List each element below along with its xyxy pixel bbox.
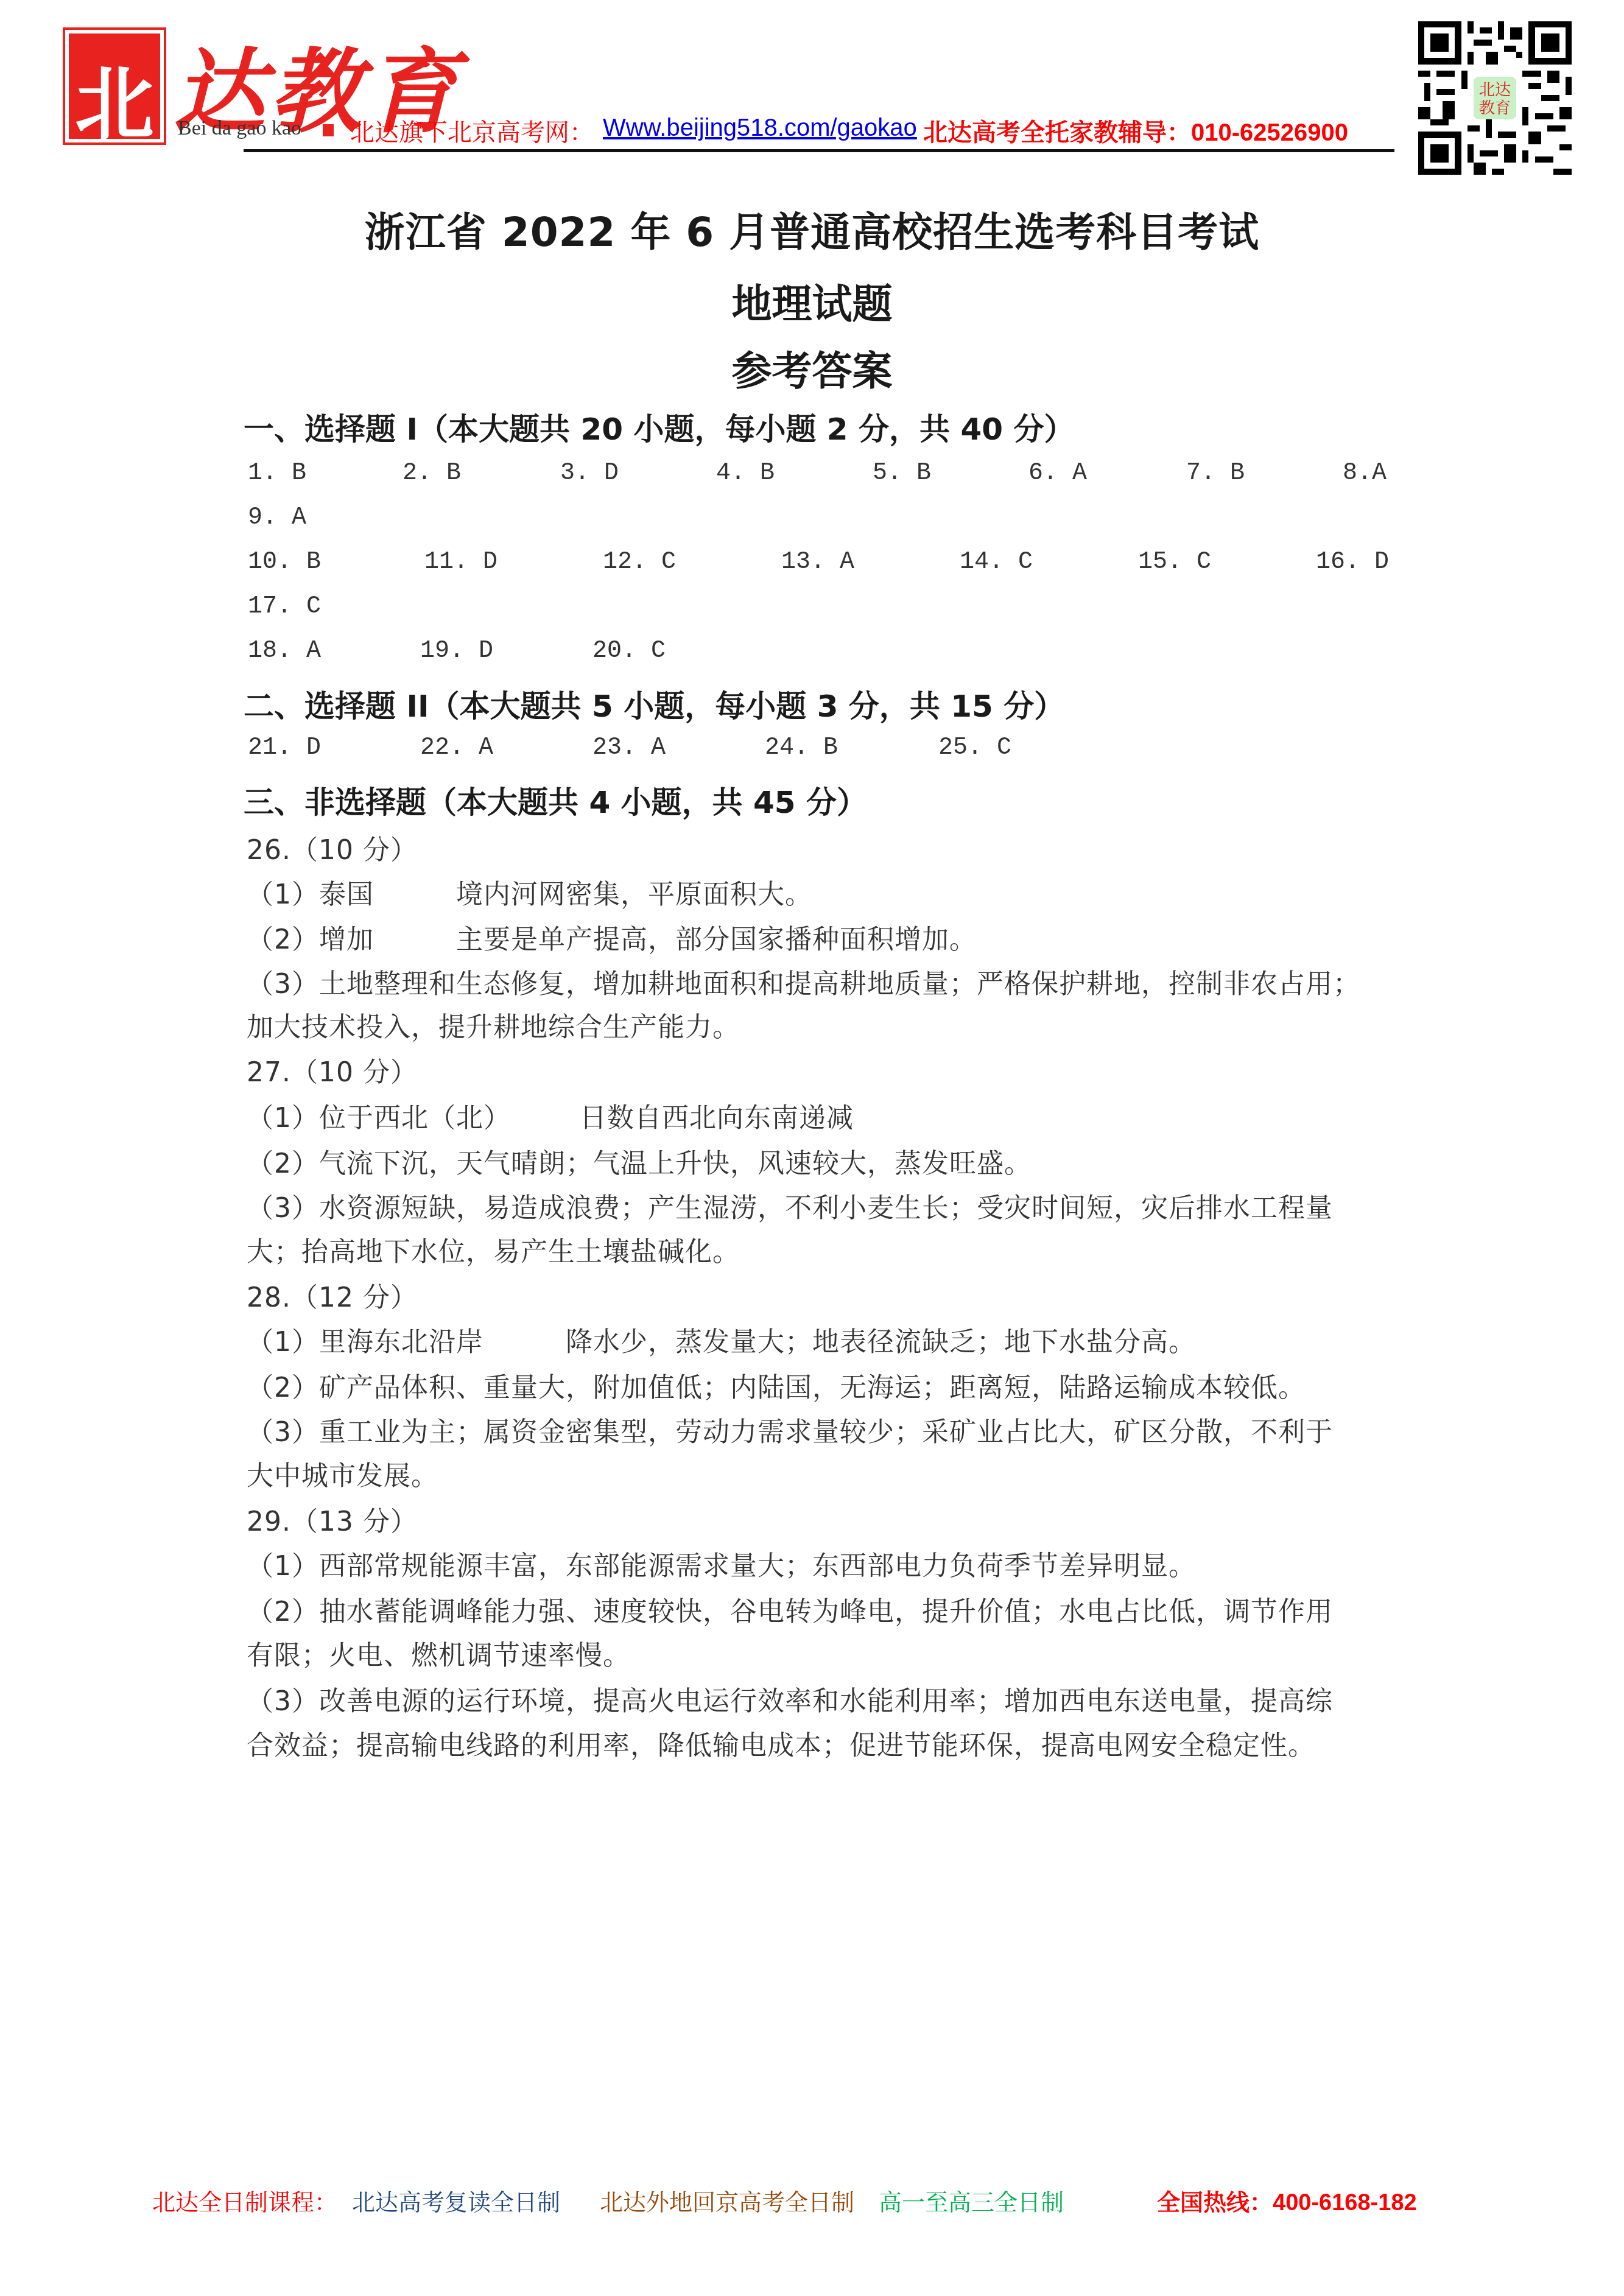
answer-item: 24. B <box>765 734 838 762</box>
answer-line: （1）里海东北沿岸 降水少，蒸发量大；地表径流缺乏；地下水盐分高。 <box>247 1320 1196 1359</box>
answer-line: （3）土地整理和生态修复，增加耕地面积和提高耕地质量；严格保护耕地，控制非农占用… <box>247 962 1360 1001</box>
answer-line: （3）重工业为主；属资金密集型，劳动力需求量较少；采矿业占比大，矿区分散，不利于 <box>247 1410 1333 1449</box>
answer-line: 加大技术投入，提升耕地综合生产能力。 <box>247 1005 740 1044</box>
footer-course-3: 高一至高三全日制 <box>879 2183 1064 2217</box>
answer-item: 3. D <box>560 460 619 487</box>
answer-line: （3）水资源短缺，易造成浪费；产生湿涝，不利小麦生长；受灾时间短，灾后排水工程量 <box>247 1186 1333 1225</box>
answer-line: （1）位于西北（北） 日数自西北向东南递减 <box>247 1096 854 1135</box>
answer-item: 5. B <box>873 460 931 487</box>
answer-item: 25. C <box>938 734 1011 762</box>
question-header: 29.（13 分） <box>247 1500 418 1539</box>
answer-item: 19. D <box>420 637 493 665</box>
answer-line: 合效益；提高输电线路的利用率，降低输电成本；促进节能环保，提高电网安全稳定性。 <box>247 1724 1315 1763</box>
answer-line: （3）改善电源的运行环境，提高火电运行效率和水能利用率；增加西电东送电量，提高综 <box>247 1679 1333 1718</box>
tutor-hotline: 北达高考全托家教辅导：010-62526900 <box>923 113 1348 148</box>
footer-course-1: 北达高考复读全日制 <box>352 2183 560 2217</box>
site-link[interactable]: Www.beijing518.com/gaokao <box>603 114 917 142</box>
answer-item: 21. D <box>248 734 321 762</box>
answer-item: 11. D <box>424 549 497 576</box>
red-square-bullet-icon <box>323 124 334 136</box>
section1-heading: 一、选择题 I（本大题共 20 小题，每小题 2 分，共 40 分） <box>244 405 1074 449</box>
answer-line: 大；抬高地下水位，易产生土壤盐碱化。 <box>247 1230 740 1269</box>
svg-text:教育: 教育 <box>1479 99 1511 118</box>
answer-line: （2）增加 主要是单产提高，部分国家播种面积增加。 <box>247 918 977 957</box>
site-label: 北达旗下北京高考网： <box>350 113 594 148</box>
answer-item: 12. C <box>603 549 676 576</box>
answer-line: 有限；火电、燃机调节速率慢。 <box>247 1634 630 1673</box>
answer-item: 14. C <box>960 549 1033 576</box>
exam-title: 浙江省 2022 年 6 月普通高校招生选考科目考试 <box>0 200 1624 258</box>
answer-line: （2）气流下沉，天气晴朗；气温上升快，风速较大，蒸发旺盛。 <box>247 1142 1032 1181</box>
answer-item: 18. A <box>248 637 321 665</box>
answer-item: 22. A <box>420 734 493 762</box>
logo-char: 北 <box>65 41 164 155</box>
question-header: 26.（10 分） <box>247 828 418 867</box>
section3-heading: 三、非选择题（本大题共 4 小题，共 45 分） <box>244 778 867 822</box>
question-header: 28.（12 分） <box>247 1276 418 1315</box>
answer-item: 2. B <box>402 460 461 487</box>
subject-title: 地理试题 <box>0 272 1624 329</box>
footer-course-2: 北达外地回京高考全日制 <box>600 2183 854 2217</box>
answer-line: （2）矿产品体积、重量大，附加值低；内陆国，无海运；距离短，陆路运输成本较低。 <box>247 1366 1306 1405</box>
answer-line: （2）抽水蓄能调峰能力强、速度较快，谷电转为峰电，提升价值；水电占比低，调节作用 <box>247 1590 1333 1629</box>
answer-item: 10. B <box>248 549 321 576</box>
answer-item: 9. A <box>248 504 306 532</box>
header-divider <box>244 149 1394 152</box>
answer-item: 16. D <box>1316 549 1389 576</box>
answer-line: （1）西部常规能源丰富，东部能源需求量大；东西部电力负荷季节差异明显。 <box>247 1544 1196 1583</box>
brand-logo-seal: 北 <box>63 27 166 145</box>
answer-item: 6. A <box>1028 460 1087 487</box>
answer-item: 8.A <box>1343 460 1387 487</box>
answer-item: 4. B <box>716 460 775 487</box>
answer-item: 17. C <box>248 593 321 620</box>
footer-hotline: 全国热线：400-6168-182 <box>1157 2183 1417 2217</box>
footer-label: 北达全日制课程： <box>152 2183 337 2217</box>
answer-item: 13. A <box>781 549 854 576</box>
answer-item: 20. C <box>592 637 666 665</box>
question-header: 27.（10 分） <box>247 1050 418 1089</box>
brand-subtitle: Bei da gao kao <box>178 117 301 140</box>
answer-title: 参考答案 <box>0 339 1624 396</box>
qr-code-icon: 北达 教育 <box>1418 21 1572 175</box>
answer-item: 7. B <box>1186 460 1245 487</box>
svg-text:北达: 北达 <box>1479 81 1511 99</box>
section2-heading: 二、选择题 II（本大题共 5 小题，每小题 3 分，共 15 分） <box>244 682 1064 726</box>
answer-line: 大中城市发展。 <box>247 1454 438 1493</box>
answer-line: （1）泰国 境内河网密集，平原面积大。 <box>247 872 812 911</box>
answer-item: 1. B <box>248 460 306 487</box>
answer-item: 15. C <box>1138 549 1211 576</box>
answer-item: 23. A <box>592 734 666 762</box>
